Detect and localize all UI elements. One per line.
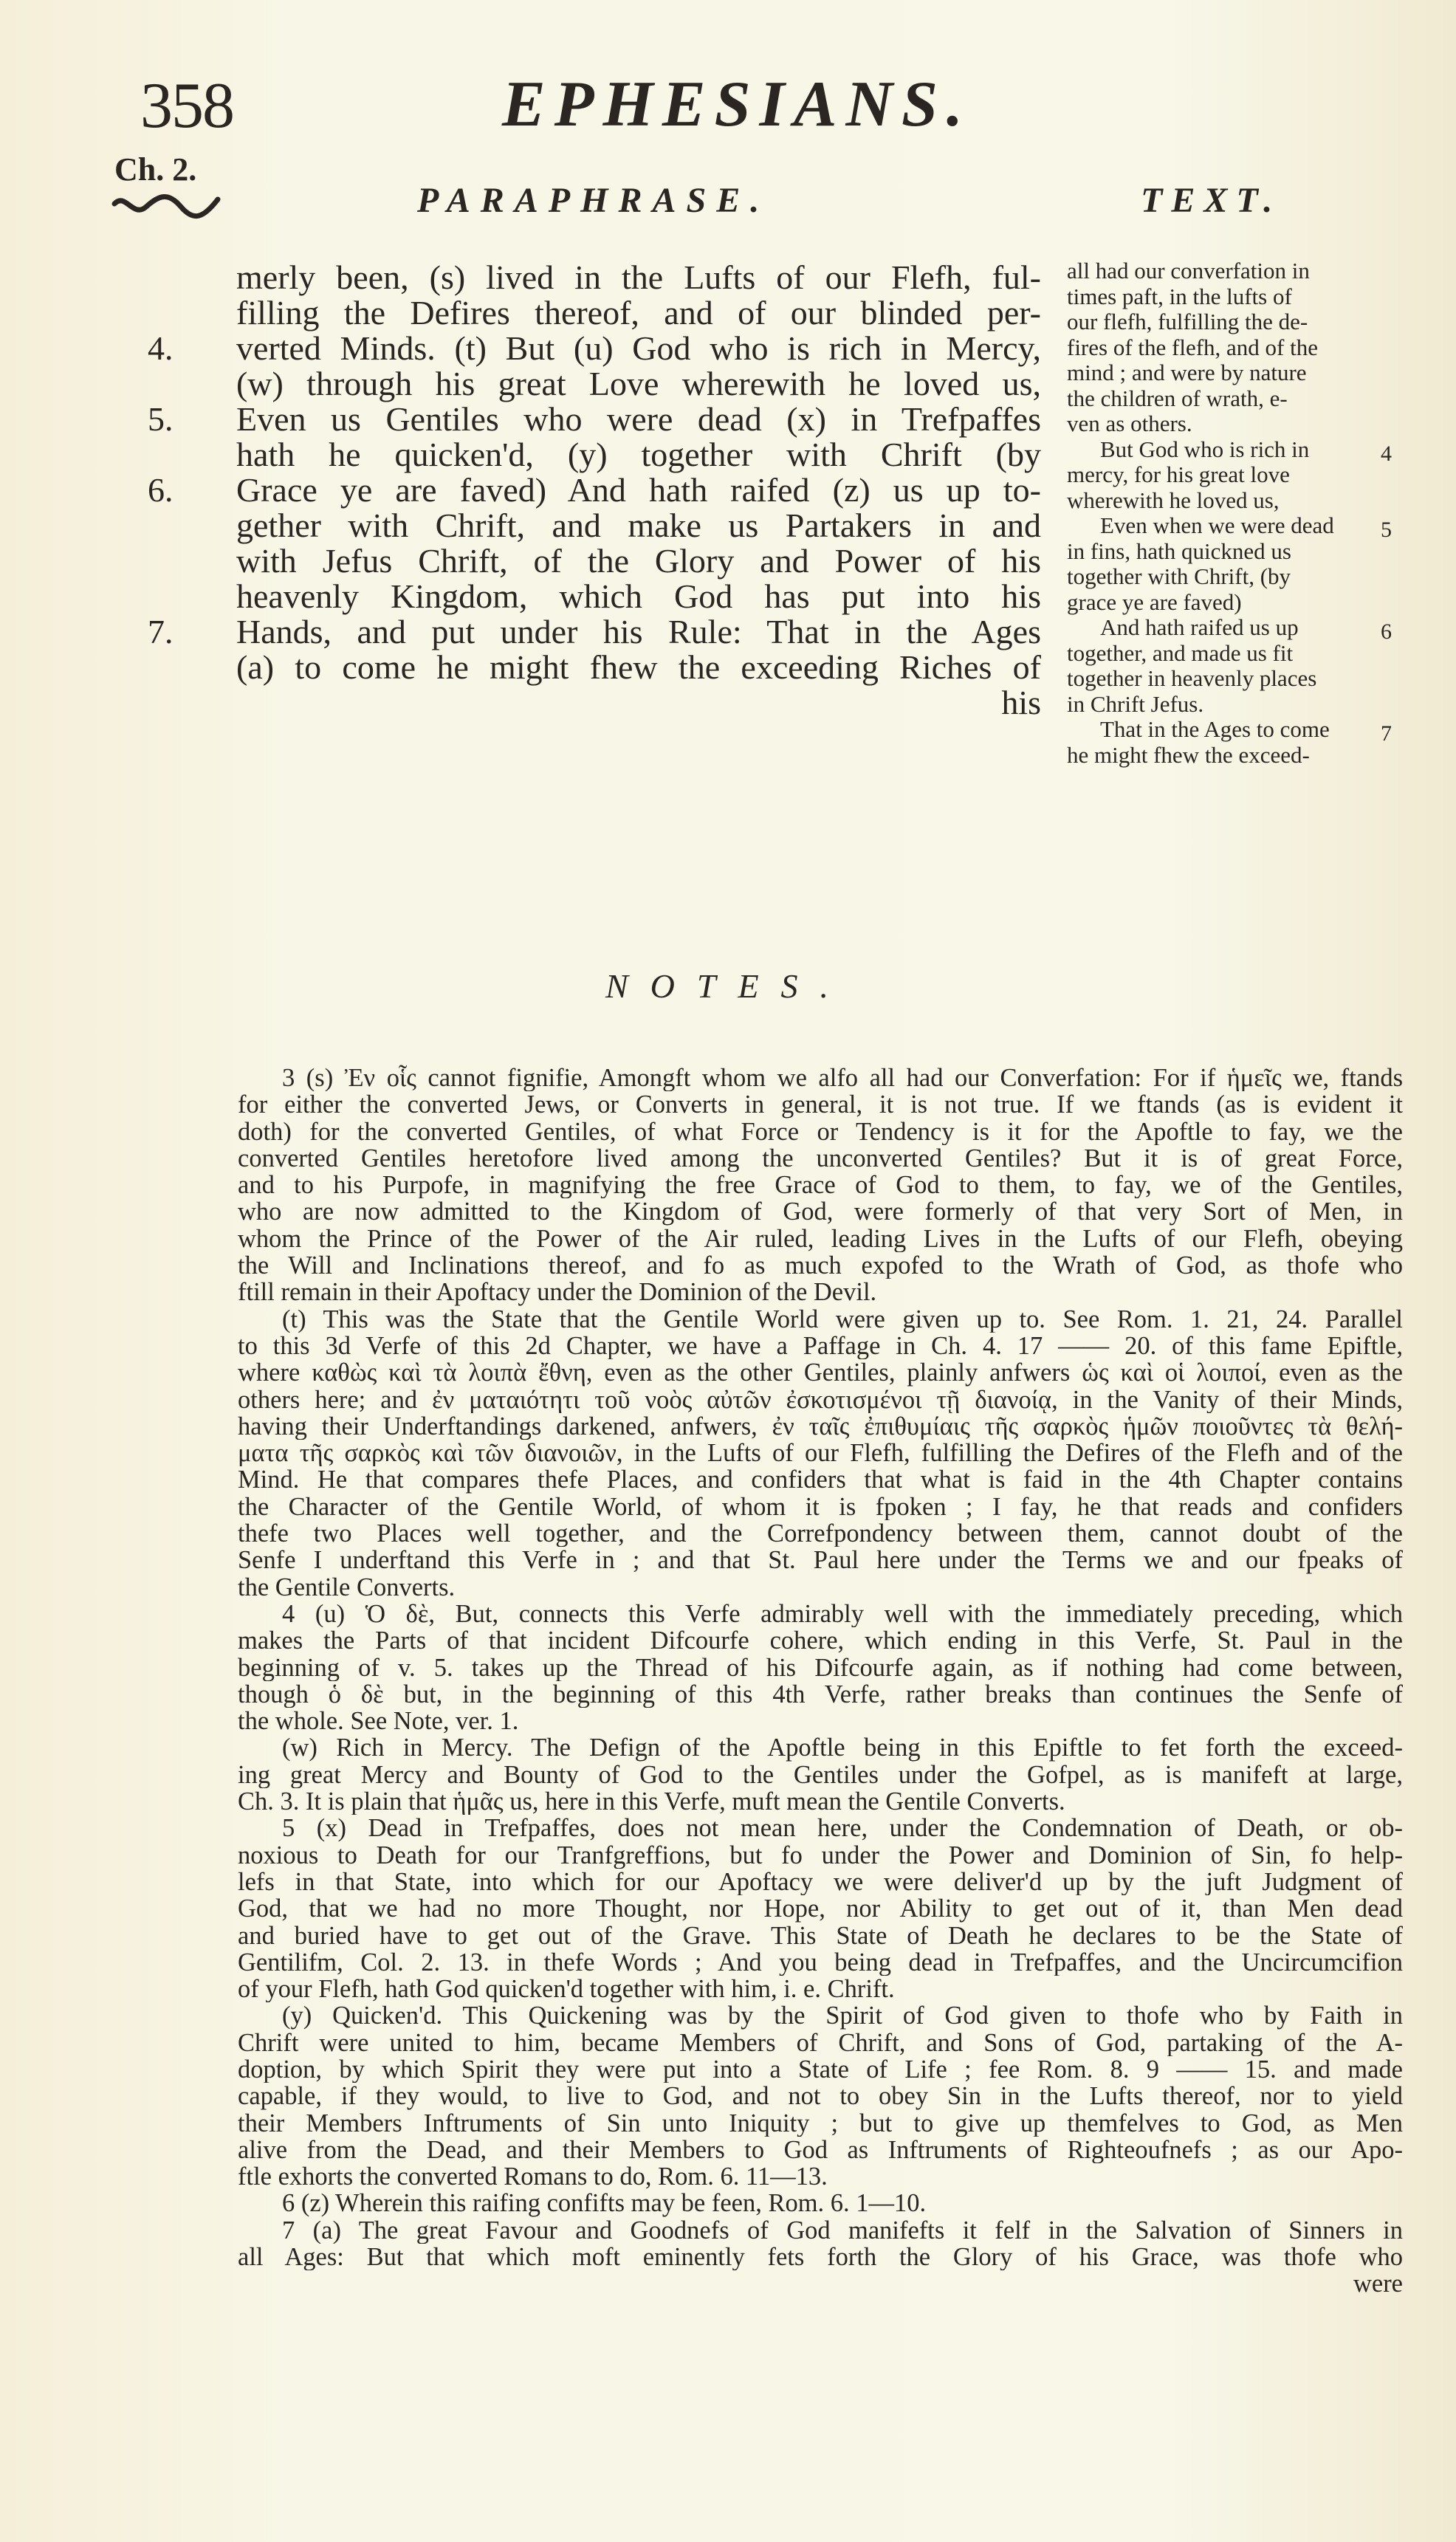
note-line: Chrift were united to him, became Member… <box>238 2030 1403 2056</box>
paraphrase-line-text: with Jefus Chrift, of the Glory and Powe… <box>236 542 1041 580</box>
scripture-line: in fins, hath quickned us <box>1067 539 1384 565</box>
note-line: converted Gentiles heretofore lived amon… <box>238 1145 1403 1172</box>
paraphrase-line-text: heavenly Kingdom, which God has put into… <box>236 577 1041 615</box>
note-line: whom the Prince of the Power of the Air … <box>238 1226 1403 1252</box>
scripture-line-text: he might fhew the exceed- <box>1067 742 1310 768</box>
paraphrase-line: 6.Grace ye are faved) And hath raifed (z… <box>236 473 1041 508</box>
scripture-line: together with Chrift, (by <box>1067 564 1384 590</box>
paraphrase-line-text: his <box>1001 684 1041 721</box>
scripture-line: That in the Ages to come7 <box>1067 717 1384 743</box>
note-line: the whole. See Note, ver. 1. <box>238 1708 1403 1734</box>
paraphrase-line: with Jefus Chrift, of the Glory and Powe… <box>236 543 1041 579</box>
note-line: 6 (z) Wherein this raifing confifts may … <box>238 2190 1403 2216</box>
note-line: ing great Mercy and Bounty of God to the… <box>238 1762 1403 1788</box>
wavy-ornament-icon <box>111 190 222 220</box>
paraphrase-line-text: merly been, (s) lived in the Lufts of ou… <box>236 258 1041 296</box>
paraphrase-line-text: hath he quicken'd, (y) together with Chr… <box>236 436 1041 473</box>
note-line: doth) for the converted Gentiles, of wha… <box>238 1119 1403 1145</box>
paraphrase-line-text: Hands, and put under his Rule: That in t… <box>236 613 1041 650</box>
scripture-line-text: ven as others. <box>1067 411 1192 436</box>
note-line: lefs in that State, into which for our A… <box>238 1869 1403 1895</box>
scripture-line-text: grace ye are faved) <box>1067 589 1242 615</box>
paraphrase-line: hath he quicken'd, (y) together with Chr… <box>236 437 1041 473</box>
paraphrase-line-text: filling the Defires thereof, and of our … <box>236 294 1041 332</box>
scripture-text-column: all had our converfation intimes paft, i… <box>1067 258 1384 768</box>
scripture-line: in Chrift Jefus. <box>1067 692 1384 718</box>
scripture-line-text: But God who is rich in <box>1100 436 1309 462</box>
notes-heading: NOTES. <box>0 969 1456 1003</box>
scripture-line-text: the children of wrath, e- <box>1067 385 1288 411</box>
paraphrase-line: 7.Hands, and put under his Rule: That in… <box>236 614 1041 650</box>
scripture-line: times paft, in the lufts of <box>1067 284 1384 310</box>
note-line: 5 (x) Dead in Trefpaffes, does not mean … <box>238 1815 1403 1841</box>
note-line: noxious to Death for our Tranfgreffions,… <box>238 1842 1403 1869</box>
note-line: all Ages: But that which moft eminently … <box>238 2244 1403 2270</box>
paraphrase-line: (w) through his great Love wherewith he … <box>236 366 1041 402</box>
scripture-line-text: And hath raifed us up <box>1100 614 1299 640</box>
chapter-marker: Ch. 2. <box>114 154 196 186</box>
note-line: who are now admitted to the Kingdom of G… <box>238 1198 1403 1225</box>
paraphrase-line: merly been, (s) lived in the Lufts of ou… <box>236 260 1041 295</box>
paraphrase-line-text: (w) through his great Love wherewith he … <box>236 365 1041 402</box>
note-line: others here; and ἐν ματαιότητι τοῦ νοὸς … <box>238 1387 1403 1413</box>
scripture-line-text: mercy, for his great love <box>1067 461 1290 487</box>
note-line: 4 (u) Ὁ δὲ, But, connects this Verfe adm… <box>238 1601 1403 1627</box>
note-line: their Members Inftruments of Sin unto In… <box>238 2110 1403 2137</box>
scripture-line-text: together in heavenly places <box>1067 665 1316 691</box>
scripture-line: grace ye are faved) <box>1067 590 1384 616</box>
verse-number: 6. <box>148 473 174 508</box>
scripture-line: And hath raifed us up6 <box>1067 615 1384 641</box>
running-title: EPHESIANS. <box>502 72 972 137</box>
note-line: alive from the Dead, and their Members t… <box>238 2137 1403 2163</box>
note-line: for either the converted Jews, or Conver… <box>238 1091 1403 1118</box>
scripture-line: ven as others. <box>1067 411 1384 437</box>
scripture-line-text: That in the Ages to come <box>1100 716 1330 742</box>
scripture-line-text: Even when we were dead <box>1100 512 1334 538</box>
note-line: the Gentile Converts. <box>238 1574 1403 1601</box>
note-line: capable, if they would, to live to God, … <box>238 2083 1403 2109</box>
scripture-line: wherewith he loved us, <box>1067 488 1384 514</box>
scripture-line: fires of the flefh, and of the <box>1067 335 1384 361</box>
note-line: where καθὼς καὶ τὰ λοιπὰ ἔθνη, even as t… <box>238 1359 1403 1386</box>
scripture-line: together, and made us fit <box>1067 641 1384 667</box>
paraphrase-line: his <box>236 685 1041 721</box>
note-line: were <box>238 2270 1403 2297</box>
notes-section: 3 (s) Ἐν οἷς cannot fignifie, Amongft wh… <box>238 1065 1403 2298</box>
note-line: thefe two Places well together, and the … <box>238 1520 1403 1547</box>
note-line: 3 (s) Ἐν οἷς cannot fignifie, Amongft wh… <box>238 1065 1403 1091</box>
note-line: (y) Quicken'd. This Quickening was by th… <box>238 2002 1403 2029</box>
verse-number: 4. <box>148 331 174 366</box>
note-line: doption, by which Spirit they were put i… <box>238 2056 1403 2083</box>
scripture-line-text: all had our converfation in <box>1067 258 1310 284</box>
scripture-line-text: fires of the flefh, and of the <box>1067 334 1318 360</box>
scripture-line: all had our converfation in <box>1067 258 1384 284</box>
scripture-line-text: together, and made us fit <box>1067 640 1293 666</box>
note-line: the Will and Inclinations thereof, and f… <box>238 1252 1403 1279</box>
scripture-line: But God who is rich in4 <box>1067 437 1384 463</box>
column-heading-text: TEXT. <box>1141 183 1281 219</box>
note-line: ματα τῆς σαρκὸς καὶ τῶν διανοιῶν, in the… <box>238 1440 1403 1466</box>
paraphrase-line: 5.Even us Gentiles who were dead (x) in … <box>236 402 1041 437</box>
scripture-line-text: wherewith he loved us, <box>1067 487 1280 513</box>
note-line: beginning of v. 5. takes up the Thread o… <box>238 1655 1403 1681</box>
paraphrase-line: filling the Defires thereof, and of our … <box>236 295 1041 331</box>
scripture-line: mercy, for his great love <box>1067 462 1384 488</box>
note-line: having their Underftandings darkened, an… <box>238 1413 1403 1440</box>
paraphrase-line-text: verted Minds. (t) But (u) God who is ric… <box>236 329 1041 367</box>
note-line: Ch. 3. It is plain that ἡμᾶς us, here in… <box>238 1788 1403 1815</box>
note-line: though ὁ δὲ but, in the beginning of thi… <box>238 1681 1403 1708</box>
scripture-line: the children of wrath, e- <box>1067 386 1384 412</box>
scripture-line: together in heavenly places <box>1067 666 1384 692</box>
note-line: God, that we had no more Thought, nor Ho… <box>238 1895 1403 1922</box>
note-line: 7 (a) The great Favour and Goodnefs of G… <box>238 2217 1403 2244</box>
paraphrase-line-text: Even us Gentiles who were dead (x) in Tr… <box>236 400 1041 438</box>
note-line: Gentilifm, Col. 2. 13. in thefe Words ; … <box>238 1949 1403 1976</box>
scripture-line-text: times paft, in the lufts of <box>1067 284 1292 309</box>
note-line: Senfe I underftand this Verfe in ; and t… <box>238 1547 1403 1573</box>
note-line: of your Flefh, hath God quicken'd togeth… <box>238 1976 1403 2002</box>
note-line: the Character of the Gentile World, of w… <box>238 1494 1403 1520</box>
scripture-line: he might fhew the exceed- <box>1067 743 1384 769</box>
note-line: and to his Purpofe, in magnifying the fr… <box>238 1172 1403 1198</box>
verse-number: 7. <box>148 614 174 650</box>
note-line: (w) Rich in Mercy. The Defign of the Apo… <box>238 1734 1403 1761</box>
paraphrase-column: merly been, (s) lived in the Lufts of ou… <box>236 260 1041 721</box>
scripture-line: mind ; and were by nature <box>1067 360 1384 386</box>
scripture-line-text: in fins, hath quickned us <box>1067 538 1291 564</box>
paraphrase-line-text: Grace ye are faved) And hath raifed (z) … <box>236 471 1041 509</box>
paraphrase-line: gether with Chrift, and make us Partaker… <box>236 508 1041 543</box>
note-line: (t) This was the State that the Gentile … <box>238 1306 1403 1333</box>
column-heading-paraphrase: PARAPHRASE. <box>417 183 769 219</box>
paraphrase-line: (a) to come he might fhew the exceeding … <box>236 650 1041 685</box>
scripture-line-text: our flefh, fulfilling the de- <box>1067 309 1308 334</box>
scripture-line-text: mind ; and were by nature <box>1067 360 1307 385</box>
verse-number: 5. <box>148 402 174 437</box>
note-line: to this 3d Verfe of this 2d Chapter, we … <box>238 1333 1403 1359</box>
scripture-line-text: in Chrift Jefus. <box>1067 691 1203 717</box>
scripture-line: our flefh, fulfilling the de- <box>1067 309 1384 335</box>
scripture-line-text: together with Chrift, (by <box>1067 563 1291 589</box>
paraphrase-line: heavenly Kingdom, which God has put into… <box>236 579 1041 614</box>
paraphrase-line: 4.verted Minds. (t) But (u) God who is r… <box>236 331 1041 366</box>
page-number: 358 <box>140 74 233 139</box>
note-line: ftill remain in their Apoftacy under the… <box>238 1279 1403 1305</box>
scripture-line: Even when we were dead5 <box>1067 513 1384 539</box>
note-line: makes the Parts of that incident Difcour… <box>238 1627 1403 1654</box>
note-line: ftle exhorts the converted Romans to do,… <box>238 2163 1403 2190</box>
paraphrase-line-text: gether with Chrift, and make us Partaker… <box>236 506 1041 544</box>
paraphrase-line-text: (a) to come he might fhew the exceeding … <box>236 648 1041 686</box>
note-line: Mind. He that compares thefe Places, and… <box>238 1466 1403 1493</box>
note-line: and buried have to get out of the Grave.… <box>238 1923 1403 1949</box>
